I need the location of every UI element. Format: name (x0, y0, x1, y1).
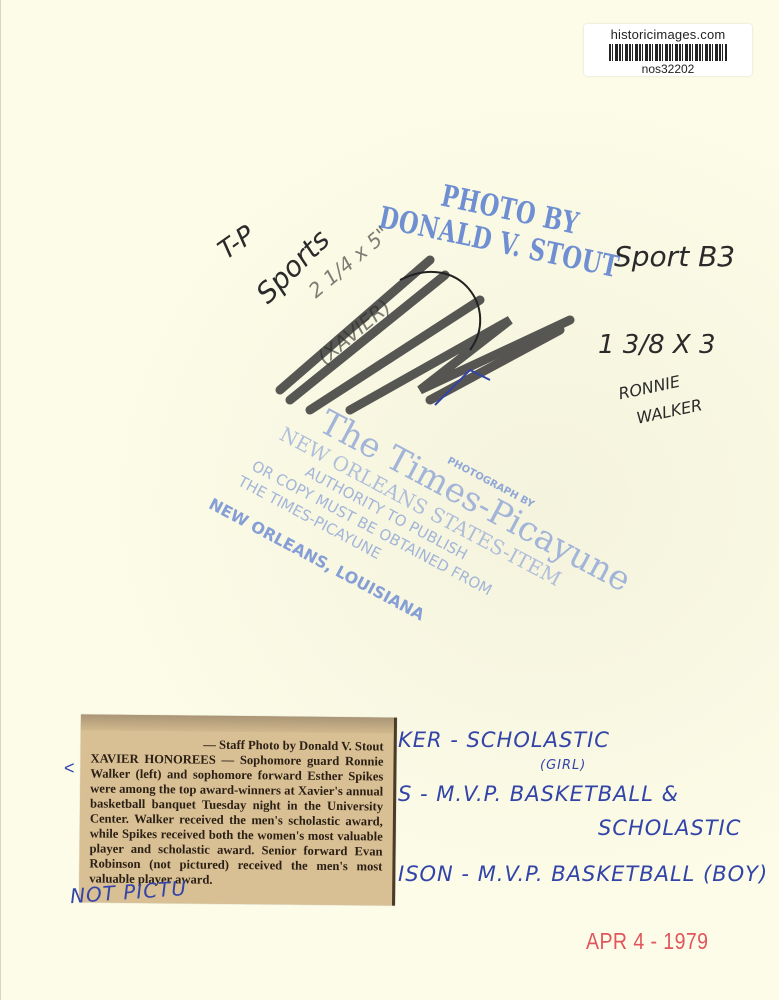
clipping-torn-edge (81, 714, 394, 733)
note-clip-size: 1 3/8 X 3 (598, 330, 716, 360)
archive-label: historicimages.com nos32202 (584, 24, 752, 76)
note-robinson-award: ISON - M.V.P. BASKETBALL (BOY) (398, 862, 768, 886)
label-site: historicimages.com (584, 27, 752, 42)
arrow-mark: < (64, 758, 75, 779)
note-scholastic: SCHOLASTIC (598, 816, 741, 840)
newspaper-clipping: — Staff Photo by Donald V. Stout XAVIER … (79, 714, 397, 905)
clipping-body: — Sophomore guard Ronnie Walker (left) a… (89, 753, 383, 887)
note-spikes-award: S - M.V.P. BASKETBALL & (398, 782, 679, 806)
clipping-headline: XAVIER HONOREES (90, 751, 215, 766)
label-code: nos32202 (584, 62, 752, 76)
note-sport-page: Sport B3 (614, 240, 735, 273)
date-stamp: APR 4 - 1979 (586, 928, 708, 955)
note-walker-award: KER - SCHOLASTIC (398, 728, 610, 752)
clipping-caption: XAVIER HONOREES — Sophomore guard Ronnie… (89, 751, 383, 889)
note-girl: (GIRL) (540, 758, 586, 773)
barcode-icon (609, 44, 727, 61)
